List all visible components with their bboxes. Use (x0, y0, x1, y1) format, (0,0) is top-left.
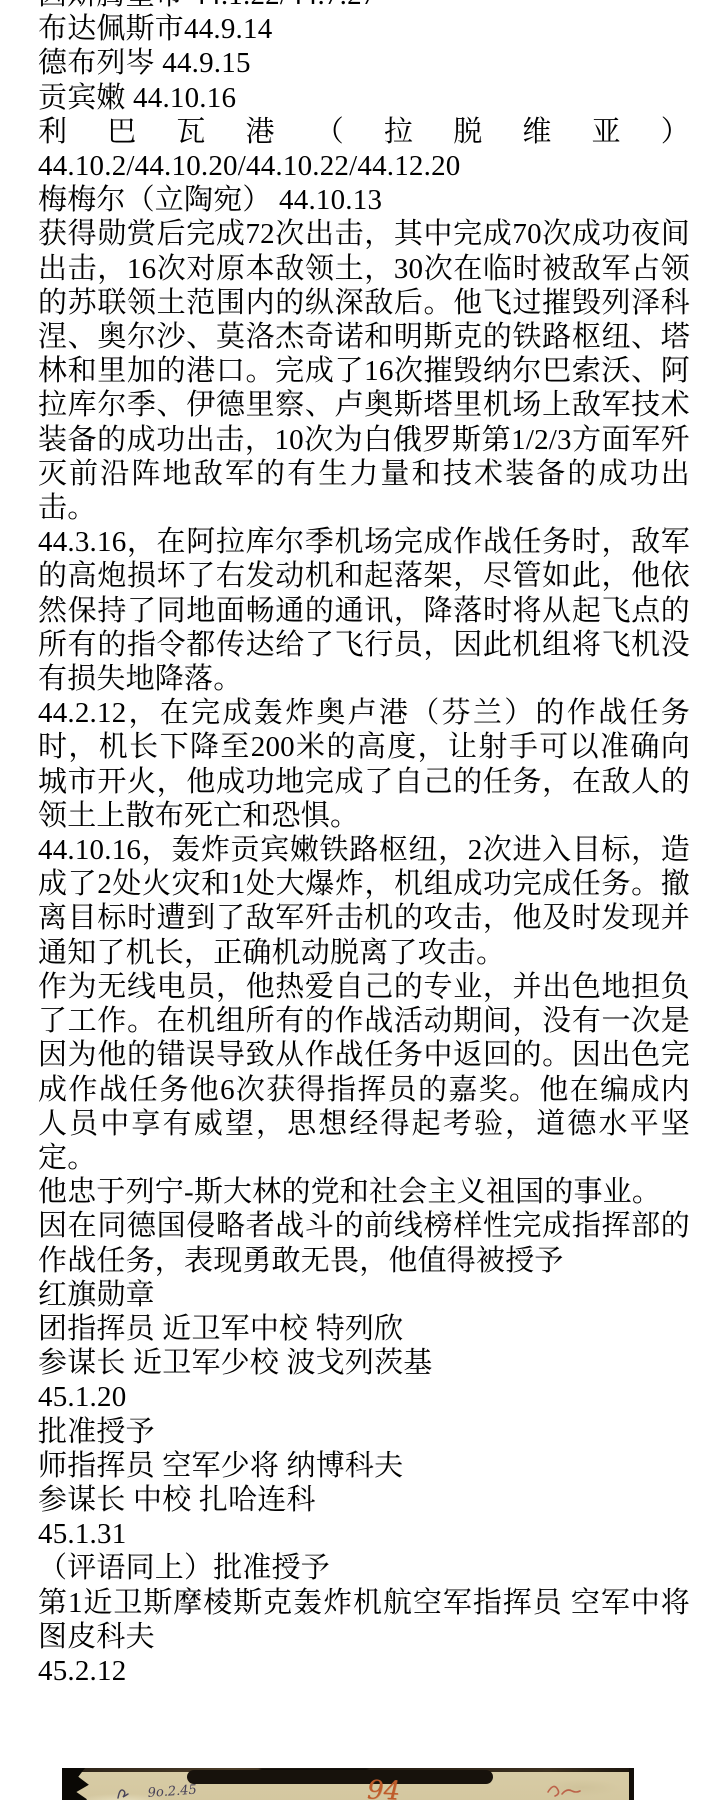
paragraph: 参谋长 中校 扎哈连科 (38, 1483, 690, 1517)
paragraph: 他忠于列宁-斯大林的党和社会主义祖国的事业。 (38, 1175, 690, 1209)
paragraph: 获得勋赏后完成72次出击，其中完成70次成功夜间出击，16次对原本敌领土，30次… (38, 217, 690, 525)
paragraph: 利巴瓦港（拉脱维亚） 44.10.2/44.10.20/44.10.22/44.… (38, 115, 690, 183)
handwritten-note-text: 9о.2.45 (147, 1783, 197, 1800)
paragraph: 45.1.31 (38, 1517, 690, 1551)
paragraph: 团指挥员 近卫军中校 特列欣 (38, 1312, 690, 1346)
paragraph: 因斯腾堡市 44.1.22/44.7.27 (38, 0, 690, 12)
scan-torn-corner (62, 1768, 110, 1800)
paragraph: 红旗勋章 (38, 1278, 690, 1312)
scanned-document-strip: 9о.2.45 94 (62, 1768, 634, 1800)
paragraph: 44.3.16，在阿拉库尔季机场完成作战任务时，敌军的高炮损坏了右发动机和起落架… (38, 525, 690, 696)
paragraph: 梅梅尔（立陶宛） 44.10.13 (38, 183, 690, 217)
scan-right-edge (629, 1768, 634, 1800)
paragraph: 45.2.12 (38, 1654, 690, 1688)
paragraph: 45.1.20 (38, 1380, 690, 1414)
paragraph: 布达佩斯市44.9.14 (38, 12, 690, 46)
paragraph: 批准授予 (38, 1415, 690, 1449)
document-body: 因斯腾堡市 44.1.22/44.7.27布达佩斯市44.9.14德布列岑 44… (38, 0, 690, 1688)
paragraph: 44.10.16，轰炸贡宾嫩铁路枢纽，2次进入目标，造成了2处火灾和1处大爆炸，… (38, 833, 690, 970)
paragraph: 第1近卫斯摩棱斯克轰炸机航空军指挥员 空军中将 图皮科夫 (38, 1586, 690, 1654)
handwritten-note: 9о.2.45 (110, 1780, 290, 1800)
paragraph: 作为无线电员，他热爱自己的专业，并出色地担负了工作。在机组所有的作战活动期间，没… (38, 970, 690, 1175)
paragraph: 师指挥员 空军少将 纳博科夫 (38, 1449, 690, 1483)
paragraph: 德布列岑 44.9.15 (38, 46, 690, 80)
page: { "page": { "background": "#ffffff", "te… (0, 0, 722, 1800)
paragraph: 参谋长 近卫军少校 波戈列茨基 (38, 1346, 690, 1380)
paragraph: 因在同德国侵略者战斗的前线榜样性完成指挥部的作战任务，表现勇敢无畏，他值得被授予 (38, 1209, 690, 1277)
stamp-number: 94 (367, 1777, 401, 1800)
paragraph: 44.2.12，在完成轰炸奥卢港（芬兰）的作战任务时，机长下降至200米的高度，… (38, 696, 690, 833)
paragraph: 贡宾嫩 44.10.16 (38, 81, 690, 115)
handwriting-mark (118, 1790, 128, 1798)
paragraph: （评语同上）批准授予 (38, 1551, 690, 1585)
handwriting-mark-right (542, 1778, 592, 1800)
